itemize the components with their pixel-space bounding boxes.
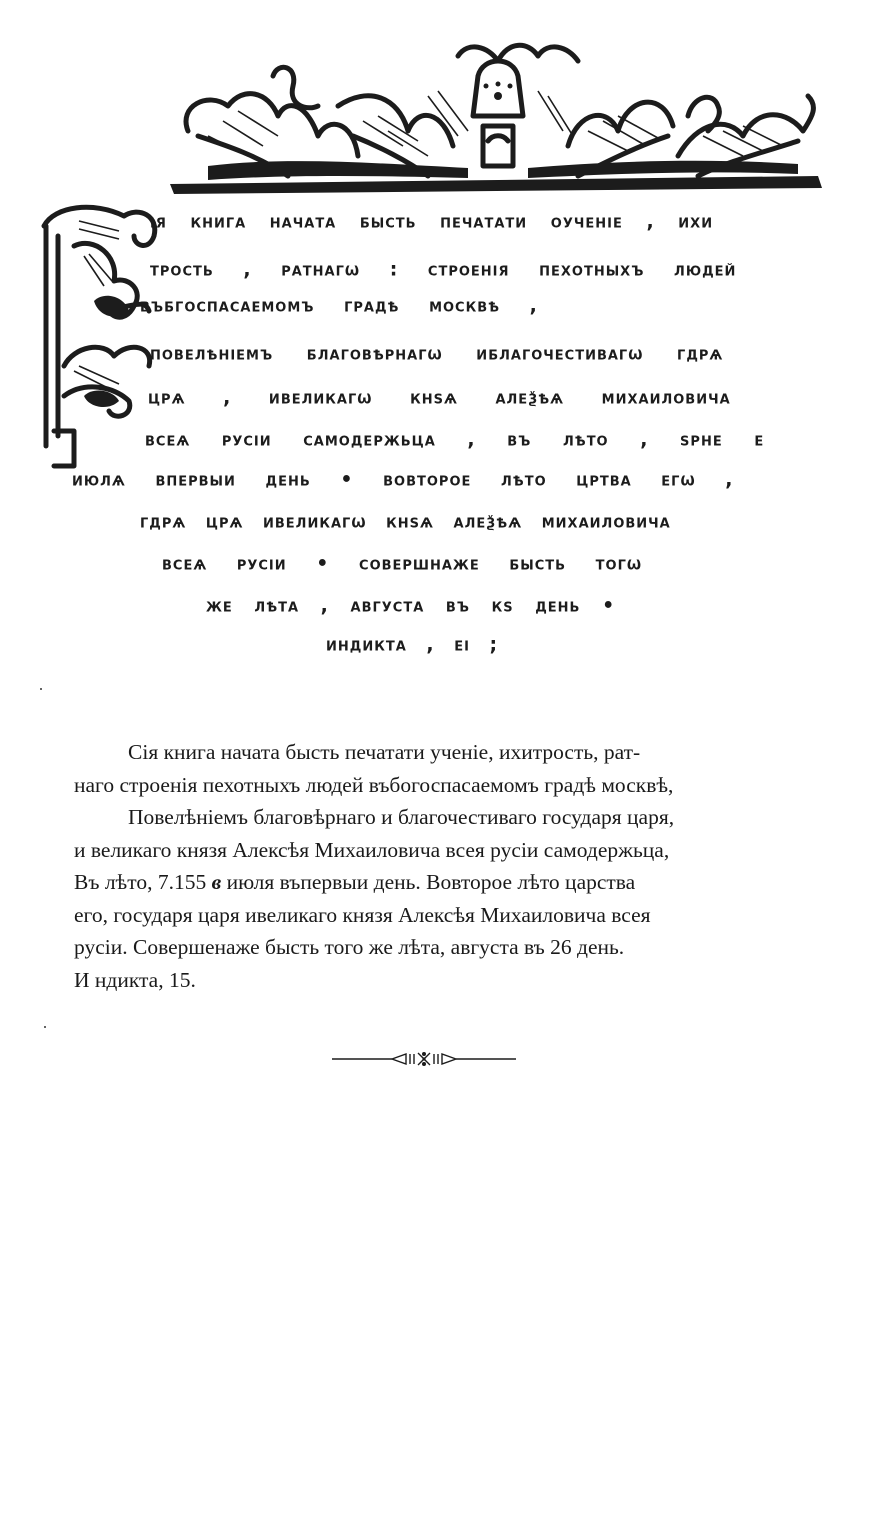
- italic-numeral: в: [212, 870, 222, 894]
- ornamental-drop-cap-icon: [34, 196, 162, 470]
- transcription-line: русіи. Совершенаже бысть того же лѣта, а…: [74, 931, 774, 964]
- colophon-line: вЪбгоспасаемомъ градѣ москвѣ ,: [140, 293, 538, 316]
- colophon-line: ія книга начата бысть печатати оученіе ,…: [150, 209, 713, 232]
- colophon-line: июлѧ впервыи день • вовторое лѣто цртва …: [72, 467, 734, 490]
- document-page: ія книга начата бысть печатати оученіе ,…: [0, 0, 896, 1535]
- transcription-line: его, государя царя ивеликаго князя Алекс…: [74, 899, 774, 932]
- transcription-line: Въ лѣто, 7.155 в июля въпервыи день. Вов…: [74, 866, 774, 899]
- colophon-line: трость , ратнагѡ : строенія пехотныхъ лю…: [150, 257, 736, 280]
- transcription-line: Сія книга начата бысть печатати ученіе, …: [74, 736, 774, 769]
- colophon-line: црѧ , ивеликагѡ кнѕѧ алеѯѣѧ михаиловича: [148, 385, 731, 408]
- transcription-line: Повелѣніемъ благовѣрнаго и благочестиваг…: [74, 801, 774, 834]
- colophon-line: индикта , еі ;: [326, 632, 498, 655]
- transcription-text: Сія книга начата бысть печатати ученіе, …: [74, 736, 774, 996]
- transcription-fragment: Въ лѣто, 7.155: [74, 870, 212, 894]
- transcription-line: наго строенія пехотныхъ людей въбогоспас…: [74, 769, 774, 802]
- colophon-line: всеѧ русіи • Совершнаже бысть тогѡ: [162, 551, 642, 574]
- colophon-line: гдрѧ црѧ ивеликагѡ кнѕѧ алеѯѣѧ михаилови…: [140, 509, 671, 532]
- colophon-line: же лѣта , августа въ кѕ день •: [206, 593, 615, 616]
- colophon-line: Повелѣніемъ благовѣрнагѡ иблагочестивагѡ…: [150, 341, 723, 364]
- ornamental-divider-icon: [332, 1050, 516, 1068]
- colophon-line: всеѧ русіи самодержьца , Въ лѣто , ѕрне …: [145, 427, 764, 450]
- transcription-fragment: июля въпервыи день. Вовторое лѣто царств…: [221, 870, 635, 894]
- transcription-line: и великаго князя Алексѣя Михаиловича все…: [74, 834, 774, 867]
- scan-speck: [44, 1026, 46, 1028]
- ornamental-woodcut-headpiece-icon: [168, 36, 824, 194]
- transcription-line: И ндикта, 15.: [74, 964, 774, 997]
- scan-speck: [40, 688, 42, 690]
